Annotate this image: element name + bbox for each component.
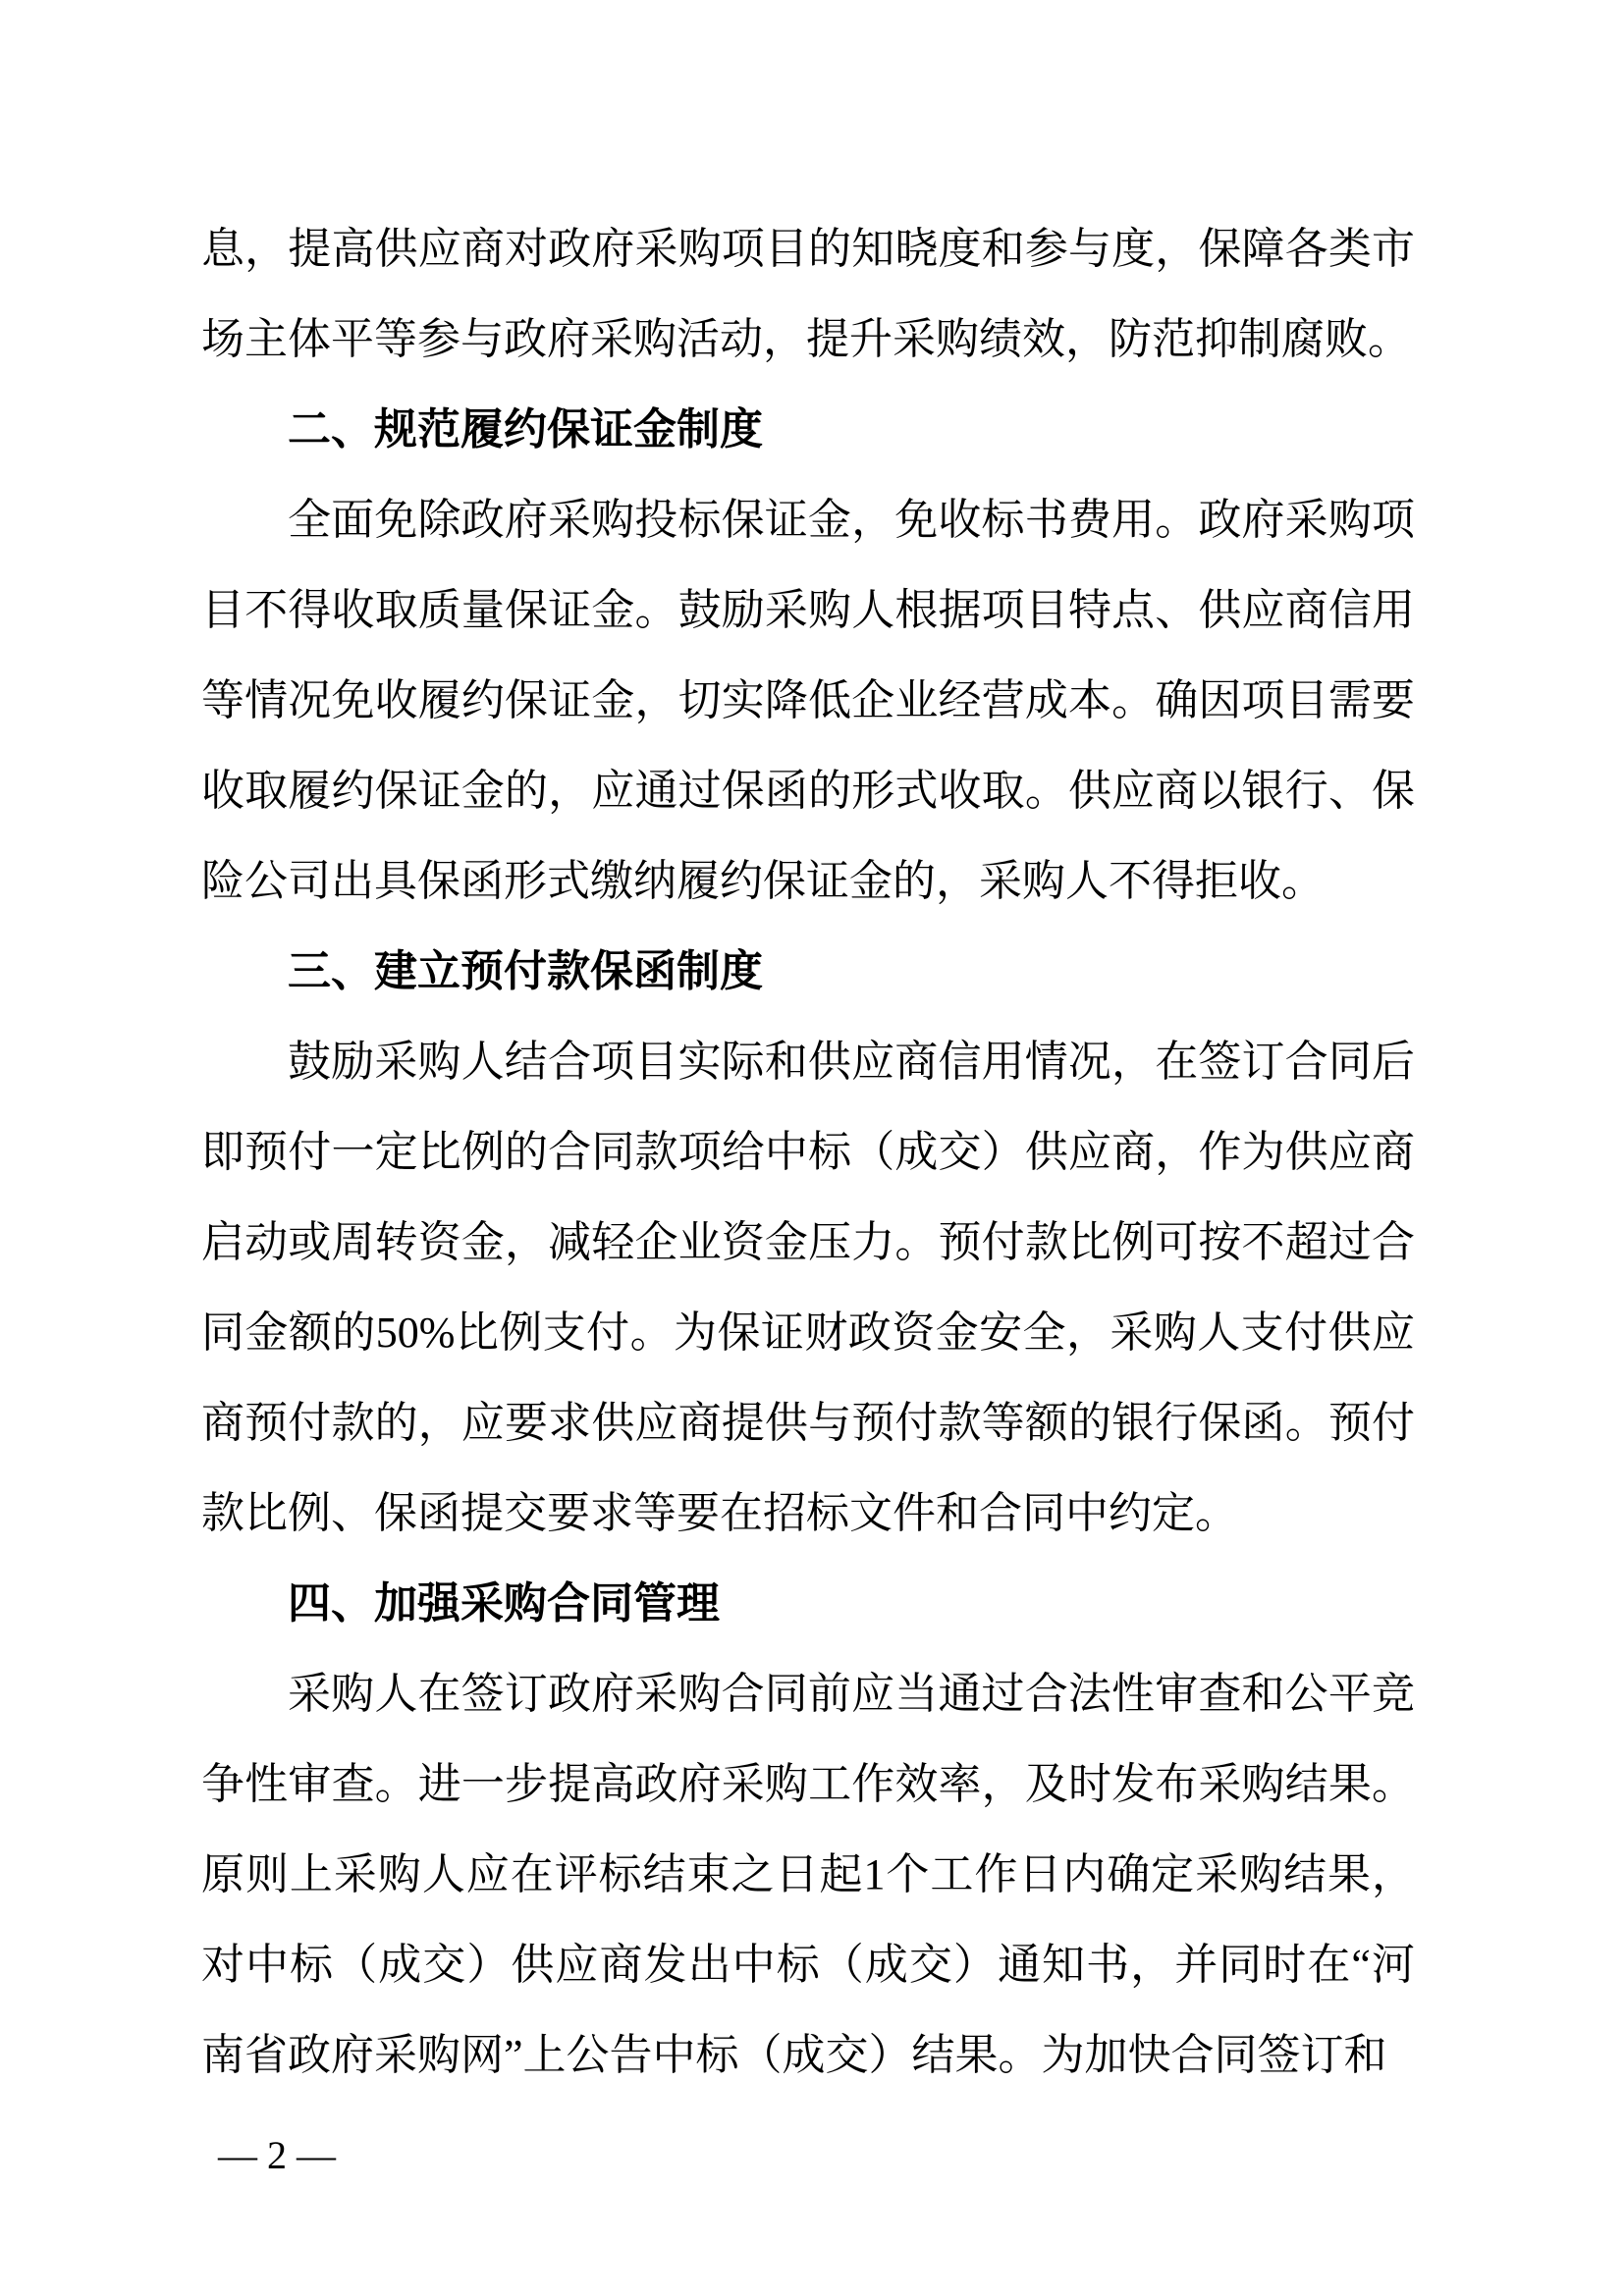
section-heading-3: 三、建立预付款保函制度 <box>201 927 1415 1017</box>
section-heading-4: 四、加强采购合同管理 <box>201 1559 1415 1649</box>
document-body: 息，提高供应商对政府采购项目的知晓度和参与度，保障各类市场主体平等参与政府采购活… <box>201 204 1415 2101</box>
document-page: 息，提高供应商对政府采购项目的知晓度和参与度，保障各类市场主体平等参与政府采购活… <box>0 0 1624 2296</box>
paragraph-section-4: 采购人在签订政府采购合同前应当通过合法性审查和公平竞争性审查。进一步提高政府采购… <box>201 1649 1415 2101</box>
paragraph-1-continued: 息，提高供应商对政府采购项目的知晓度和参与度，保障各类市场主体平等参与政府采购活… <box>201 204 1415 385</box>
paragraph-section-3: 鼓励采购人结合项目实际和供应商信用情况，在签订合同后即预付一定比例的合同款项给中… <box>201 1017 1415 1559</box>
page-number: — 2 — <box>218 2132 336 2179</box>
section-heading-2: 二、规范履约保证金制度 <box>201 385 1415 475</box>
paragraph-section-2: 全面免除政府采购投标保证金，免收标书费用。政府采购项目不得收取质量保证金。鼓励采… <box>201 475 1415 927</box>
